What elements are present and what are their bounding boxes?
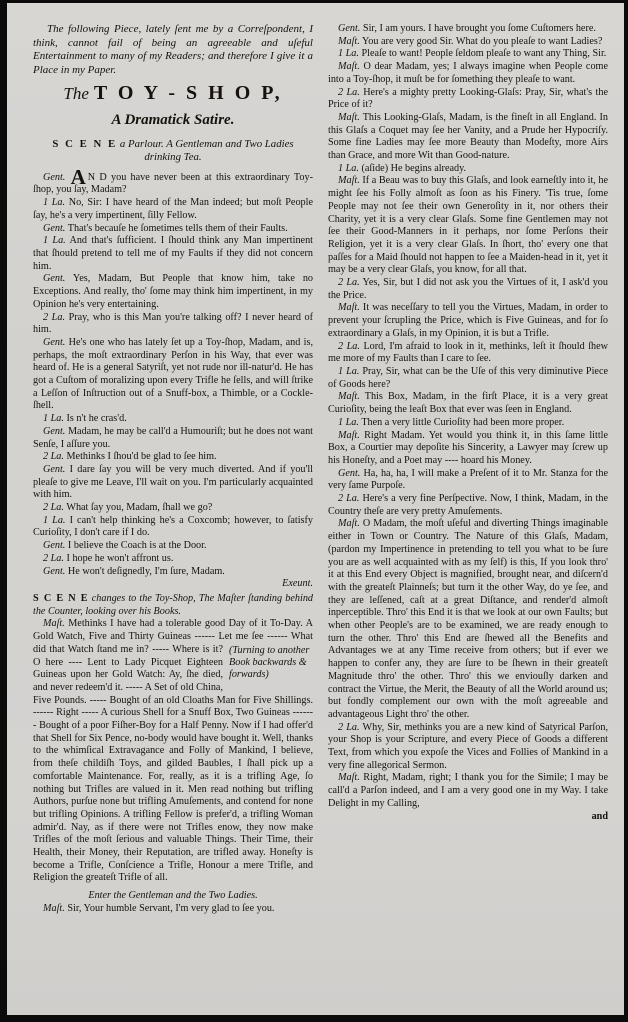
speech-paragraph: 1 La. No, Sir: I have heard of the Man i… — [33, 197, 313, 222]
speech-paragraph: 2 La. Lord, I'm afraid to look in it, me… — [328, 341, 608, 366]
speaker-label: 1 La. — [338, 163, 359, 174]
speech-paragraph: Gent. That's becauſe he ſometimes tells … — [33, 223, 313, 236]
title-the: The — [63, 84, 89, 103]
speaker-label: Maſt. — [338, 61, 360, 72]
speech-paragraph: 1 La. And that's ſufficient. I ſhould th… — [33, 235, 313, 273]
right-column-text: Gent. Sir, I am yours. I have brought yo… — [328, 23, 608, 823]
speech-paragraph: Maſt. Sir, Your humble Servant, I'm very… — [33, 903, 313, 916]
speech-paragraph: 2 La. Yes, Sir, but I did not ask you th… — [328, 277, 608, 302]
stage-direction: Enter the Gentleman and the Two Ladies. — [33, 890, 313, 903]
speaker-label: 2 La. — [338, 277, 360, 288]
speech-paragraph: Maſt. If a Beau was to buy this Glaſs, a… — [328, 175, 608, 277]
speaker-label: Gent. — [43, 426, 65, 437]
speaker-label: Gent. — [43, 566, 65, 577]
speech-paragraph: Maſt. Right Madam. Yet would you think i… — [328, 430, 608, 468]
page-paper: The following Piece, lately ſent me by a… — [7, 3, 624, 1015]
speech-paragraph: Gent. He won't deſignedly, I'm ſure, Mad… — [33, 566, 313, 579]
speaker-label: Maſt. — [43, 903, 65, 914]
page-title: TheT O Y - S H O P, — [33, 87, 313, 104]
speech-paragraph: Maſt. This Box, Madam, in the firſt Plac… — [328, 391, 608, 416]
speech-paragraph: Gent. I believe the Coach is at the Door… — [33, 540, 313, 553]
right-column: Gent. Sir, I am yours. I have brought yo… — [328, 23, 608, 1007]
speaker-label: 2 La. — [43, 553, 64, 564]
speaker-label: 1 La. — [338, 366, 359, 377]
speech-paragraph: Maſt. This Looking-Glaſs, Madam, is the … — [328, 112, 608, 163]
speech-paragraph: Gent. Ha, ha, ha, I will make a Preſent … — [328, 468, 608, 493]
speaker-label: 2 La. — [43, 312, 65, 323]
speaker-label: Gent. — [338, 468, 360, 479]
speaker-label: 2 La. — [338, 493, 359, 504]
stage-direction: Exeunt. — [33, 578, 313, 591]
speaker-label: 1 La. — [43, 235, 66, 246]
scene-label: S C E N E — [33, 593, 89, 604]
speaker-label: Gent. — [43, 540, 65, 551]
speech-paragraph: 1 La. Pray, Sir, what can be the Uſe of … — [328, 366, 608, 391]
speaker-label: 2 La. — [43, 502, 64, 513]
editor-intro-note: The following Piece, lately ſent me by a… — [33, 23, 313, 77]
speaker-label: Gent. — [43, 464, 65, 475]
scanned-page: The following Piece, lately ſent me by a… — [0, 0, 628, 1022]
speaker-label: 1 La. — [43, 197, 65, 208]
speech-paragraph: Maſt. Methinks I have had a tolerable go… — [33, 618, 313, 885]
speech-paragraph: Gent. Sir, I am yours. I have brought yo… — [328, 23, 608, 36]
drop-cap: A — [70, 165, 88, 189]
speech-paragraph: Gent. He's one who has lately ſet up a T… — [33, 337, 313, 413]
speaker-label: Maſt. — [338, 518, 360, 529]
speech-paragraph: 1 La. Is n't he cras'd. — [33, 413, 313, 426]
scene-heading: S C E N E changes to the Toy-Shop, The M… — [33, 593, 313, 618]
speaker-label: 2 La. — [338, 722, 360, 733]
speaker-label: 2 La. — [338, 341, 360, 352]
scene-heading-parlour: S C E N E a Parlour. A Gentleman and Two… — [33, 138, 313, 164]
speaker-label: 1 La. — [338, 48, 359, 59]
speech-paragraph: Maſt. You are very good Sir. What do you… — [328, 36, 608, 49]
speaker-label: Maſt. — [338, 36, 360, 47]
margin-note: (Turning to another Book backwards & for… — [229, 645, 313, 682]
speech-paragraph: 2 La. Here's a very fine Perſpective. No… — [328, 493, 608, 518]
speaker-label: 1 La. — [43, 413, 64, 424]
speaker-label: Maſt. — [338, 391, 360, 402]
title-main: T O Y - S H O P, — [94, 82, 283, 104]
speaker-label: Maſt. — [338, 175, 360, 186]
speaker-label: Gent. — [43, 337, 65, 348]
speech-paragraph: Maſt. O Madam, the moſt uſeful and diver… — [328, 518, 608, 721]
speech-paragraph: Gent. Madam, he may be call'd a Humouriſ… — [33, 426, 313, 451]
speech-paragraph: Maſt. Right, Madam, right; I thank you f… — [328, 772, 608, 810]
subtitle: A Dramatick Satire. — [33, 114, 313, 127]
speaker-label: 2 La. — [338, 87, 360, 98]
catchword: and — [328, 811, 608, 824]
left-column: The following Piece, lately ſent me by a… — [33, 23, 313, 1007]
speaker-label: Maſt. — [338, 772, 360, 783]
speech-paragraph: 1 La. Then a very little Curioſity had b… — [328, 417, 608, 430]
speaker-label: 1 La. — [338, 417, 359, 428]
speech-paragraph: 2 La. Methinks I ſhou'd be glad to ſee h… — [33, 451, 313, 464]
scene-text: a Parlour. A Gentleman and Two Ladies dr… — [120, 138, 294, 163]
speaker-label: Maſt. — [43, 618, 65, 629]
two-column-layout: The following Piece, lately ſent me by a… — [33, 23, 608, 1007]
scene-label: S C E N E — [52, 138, 117, 150]
speaker-label: Gent. — [43, 172, 65, 183]
speech-paragraph: Maſt. It was neceſſary to tell you the V… — [328, 302, 608, 340]
speech-paragraph: Gent. I dare ſay you will be very much d… — [33, 464, 313, 502]
speech-paragraph: 2 La. I hope he won't affront us. — [33, 553, 313, 566]
speech-paragraph: Maſt. O dear Madam, yes; I always imagin… — [328, 61, 608, 86]
speaker-label: 2 La. — [43, 451, 64, 462]
speech-paragraph: Gent. Yes, Madam, But People that know h… — [33, 273, 313, 311]
speaker-label: Gent. — [43, 223, 65, 234]
speaker-label: Maſt. — [338, 430, 360, 441]
speaker-label: Maſt. — [338, 302, 360, 313]
speech-paragraph: 1 La. (aſide) He begins already. — [328, 163, 608, 176]
speech-paragraph: 2 La. Here's a mighty pretty Looking-Gla… — [328, 87, 608, 112]
speaker-label: Gent. — [43, 273, 65, 284]
speech-paragraph: 2 La. Pray, who is this Man you're talki… — [33, 312, 313, 337]
speech-paragraph: 2 La. What ſay you, Madam, ſhall we go? — [33, 502, 313, 515]
left-column-text: Gent. AN D you have never been at this e… — [33, 172, 313, 916]
speech-paragraph: 1 La. Pleaſe to want! People ſeldom plea… — [328, 48, 608, 61]
speaker-label: 1 La. — [43, 515, 65, 526]
speech-paragraph: 2 La. Why, Sir, methinks you are a new k… — [328, 722, 608, 773]
speaker-label: Gent. — [338, 23, 360, 34]
speaker-label: Maſt. — [338, 112, 360, 123]
speech-paragraph: 1 La. I can't help thinking he's a Coxco… — [33, 515, 313, 540]
speech-paragraph: Gent. AN D you have never been at this e… — [33, 172, 313, 197]
